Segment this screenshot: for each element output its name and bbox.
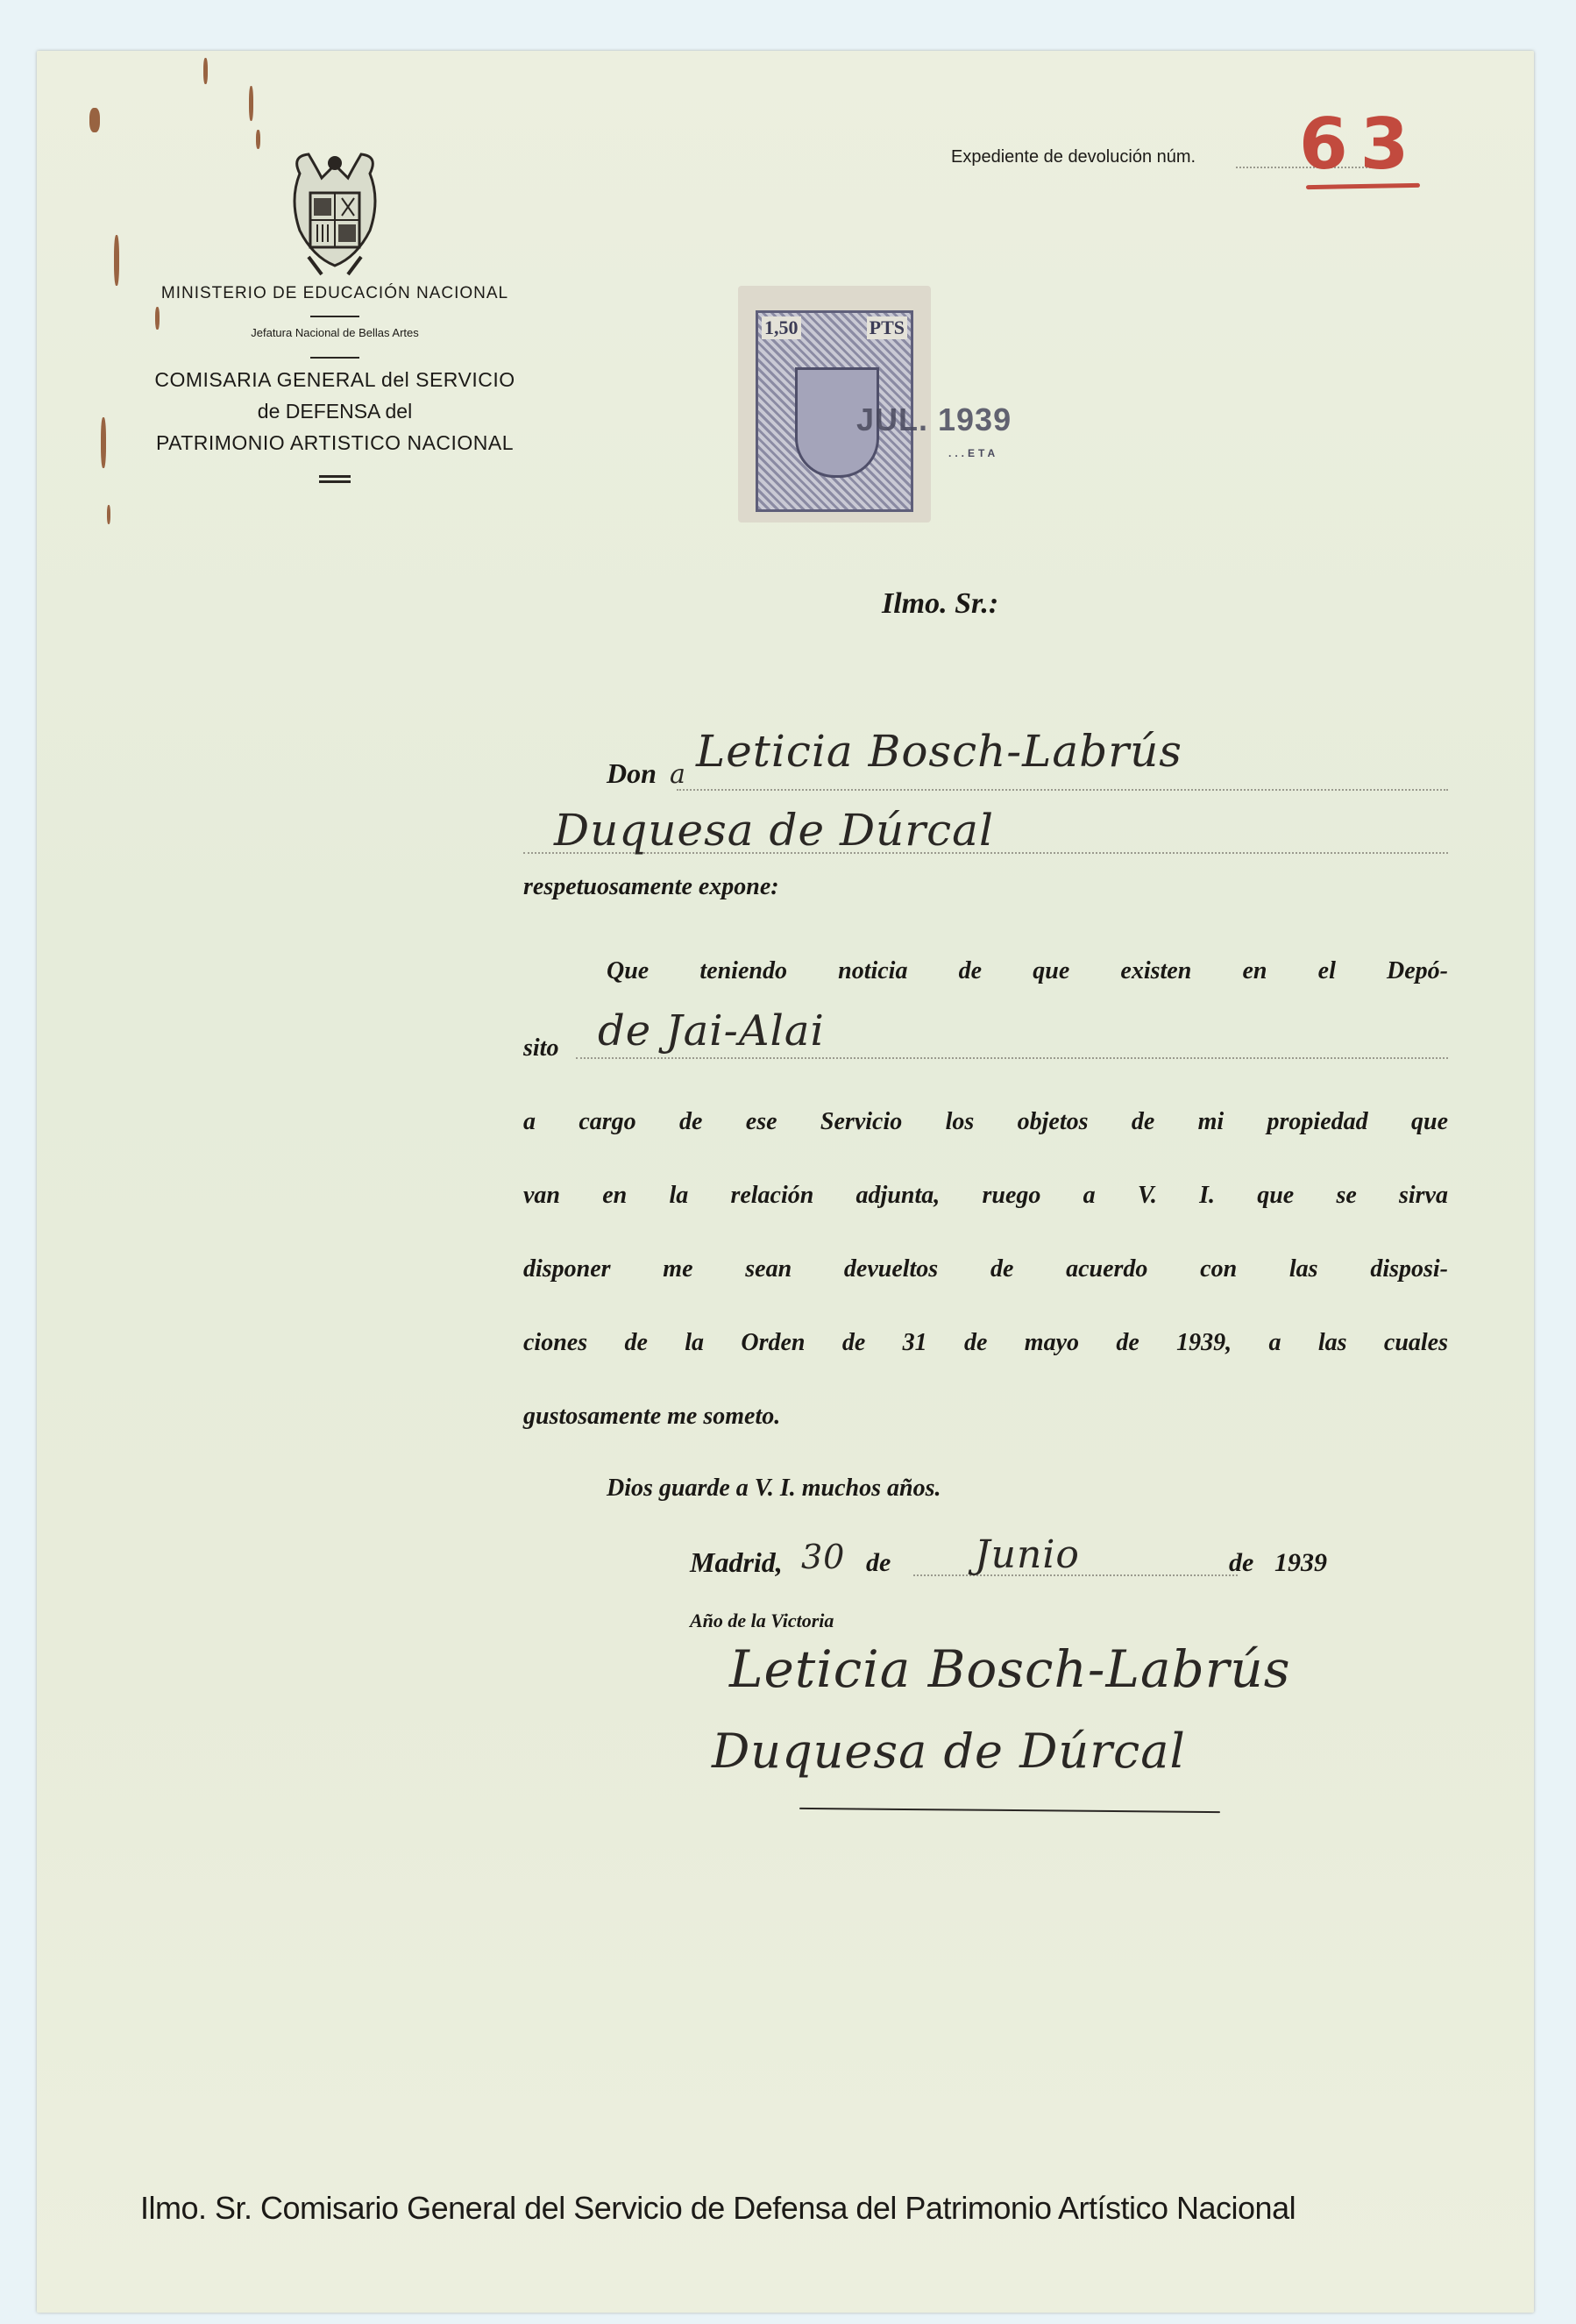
document-page: MINISTERIO DE EDUCACIÓN NACIONAL Jefatur… [37,51,1534,2313]
date-de-2: de [1229,1548,1253,1578]
body-sito: sito [523,1034,558,1063]
body-line-6: ciones de la Orden de 31 de mayo de 1939… [523,1329,1448,1357]
coat-of-arms-icon [282,147,387,279]
commission-line-2: de DEFENSA del [116,400,554,423]
expone-text: respetuosamente expone: [523,873,779,901]
rust-stain [89,108,100,132]
applicant-prefix-suffix: a [670,759,686,790]
stamp-value-left: 1,50 [762,316,801,339]
divider [319,475,351,478]
postmark-sub: ...ETA [948,447,998,459]
ministry-name: MINISTERIO DE EDUCACIÓN NACIONAL [124,284,545,303]
rust-stain [249,86,253,121]
date-era: Año de la Victoria [690,1610,834,1632]
commission-line-1: COMISARIA GENERAL del SERVICIO [116,368,554,392]
rust-stain [107,505,110,524]
rust-stain [256,130,260,149]
stamp-value-right: PTS [867,316,907,339]
body-line-4: van en la relación adjunta, ruego a V. I… [523,1182,1448,1210]
commission-line-3: PATRIMONIO ARTISTICO NACIONAL [116,431,554,455]
deposit-dotted-line [576,1057,1448,1059]
date-de-1: de [866,1548,891,1578]
divider [319,480,351,483]
divider [310,357,359,359]
addressee: Ilmo. Sr. Comisario General del Servicio… [140,2190,1455,2227]
salutation: Ilmo. Sr.: [882,587,998,621]
body-line-7: gustosamente me someto. [523,1403,780,1431]
body-line-5: disponer me sean devueltos de acuerdo co… [523,1255,1448,1283]
applicant-prefix: Don [607,757,657,790]
file-number-value: 63 [1299,103,1421,185]
postmark-date: JUL. 1939 [856,402,1012,438]
name-dotted-line [677,789,1448,791]
applicant-title-handwritten: Duquesa de Dúrcal [554,805,994,856]
rust-stain [114,235,119,286]
department-name: Jefatura Nacional de Bellas Artes [124,326,545,339]
date-year: 1939 [1274,1548,1327,1578]
body-line-3: a cargo de ese Servicio los objetos de m… [523,1108,1448,1136]
date-city: Madrid, [690,1546,783,1579]
body-line-1: Que teniendo noticia de que existen en e… [607,957,1448,985]
rust-stain [203,58,208,84]
signature-line-1: Leticia Bosch-Labrús [729,1639,1291,1699]
file-number-label: Expediente de devolución núm. [951,147,1196,167]
applicant-name-handwritten: Leticia Bosch-Labrús [696,726,1182,777]
closing-text: Dios guarde a V. I. muchos años. [607,1475,941,1503]
divider [310,316,359,317]
date-month-handwritten: Junio [975,1532,1080,1577]
signature-underline [799,1808,1220,1813]
rust-stain [101,417,106,468]
file-number-underline [1306,183,1420,189]
date-day-handwritten: 30 [801,1538,845,1576]
signature-line-2: Duquesa de Dúrcal [712,1723,1186,1779]
deposit-handwritten: de Jai-Alai [598,1006,825,1055]
